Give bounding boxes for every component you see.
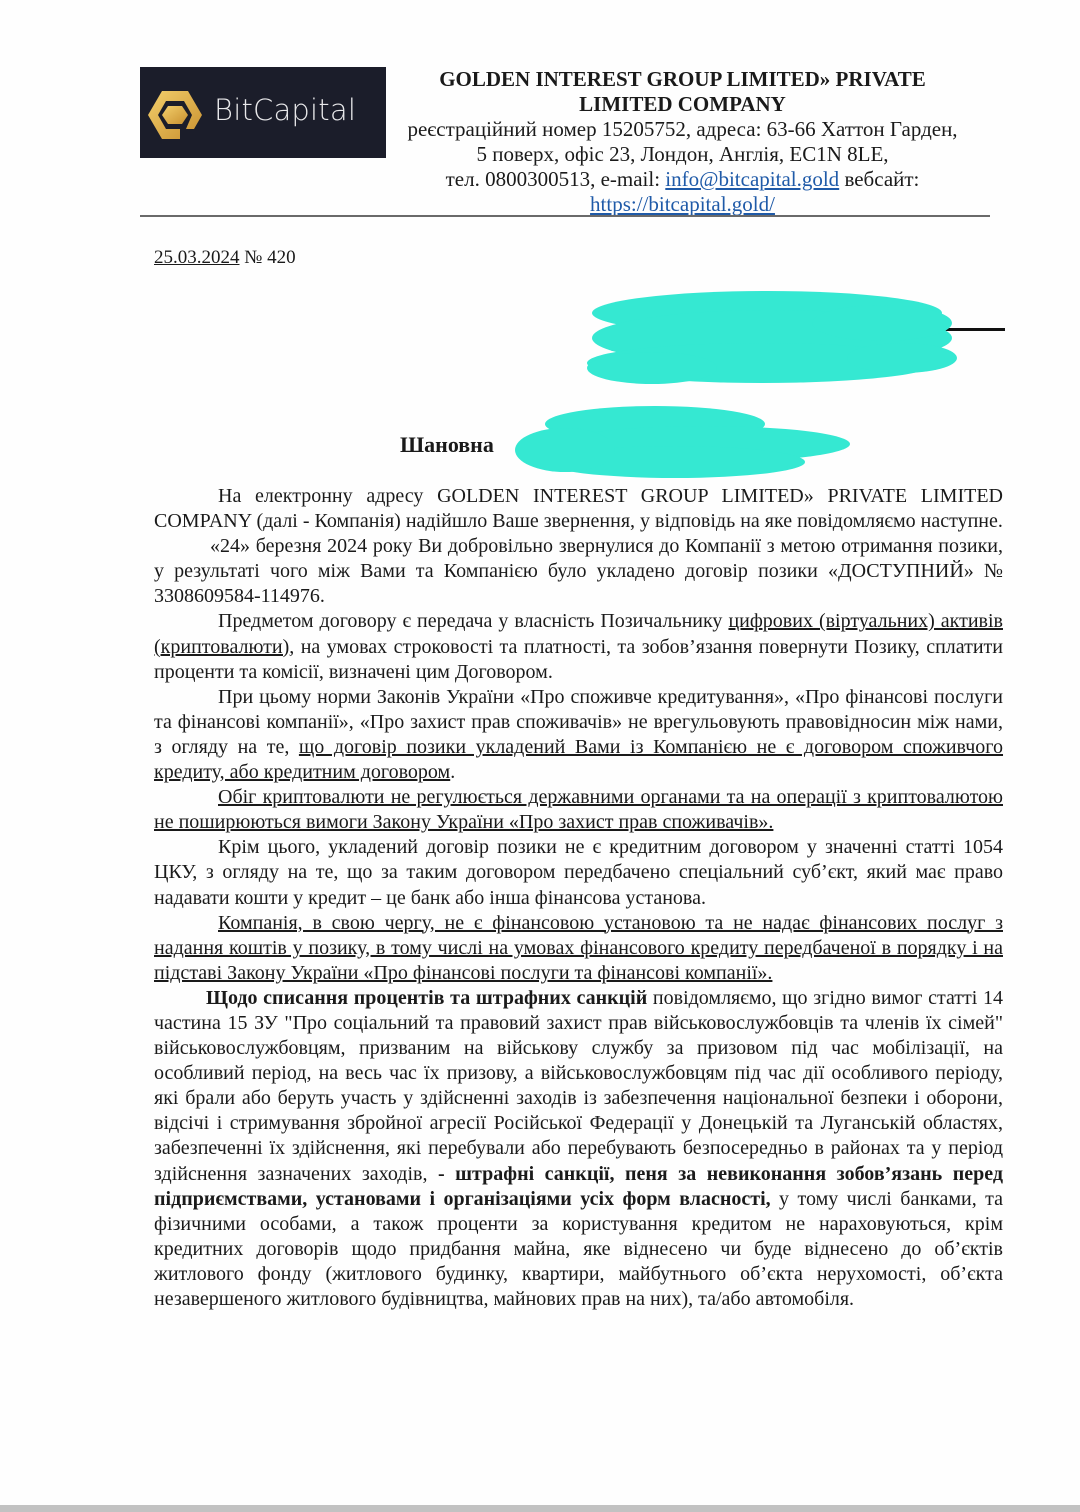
redaction-scribble-name <box>505 402 850 480</box>
company-letterhead: GOLDEN INTEREST GROUP LIMITED» PRIVATE L… <box>395 67 970 217</box>
greeting: Шановна <box>400 432 494 458</box>
logo-text: BitCapital <box>214 93 356 127</box>
paragraph-6: Крім цього, укладений договір позики не … <box>154 835 1003 910</box>
company-logo: BitCapital <box>140 67 386 158</box>
letter-date-number: 25.03.2024 № 420 <box>154 247 296 269</box>
letter-date: 25.03.2024 <box>154 247 240 268</box>
registration-line: реєстраційний номер 15205752, адреса: 63… <box>395 117 970 142</box>
paragraph-5: Обіг криптовалюти не регулюється державн… <box>154 785 1003 835</box>
website-label: вебсайт: <box>839 167 919 191</box>
paragraph-4: При цьому норми Законів України «Про спо… <box>154 685 1003 785</box>
paragraph-7: Компанія, в свою чергу, не є фінансовою … <box>154 911 1003 986</box>
paragraph-8: Щодо списання процентів та штрафних санк… <box>154 986 1003 1312</box>
redaction-scribble-recipient <box>582 283 957 388</box>
letterhead-divider <box>140 215 990 217</box>
email-link[interactable]: info@bitcapital.gold <box>665 167 839 191</box>
hexagon-logo-icon <box>144 87 206 143</box>
contact-line: тел. 0800300513, e-mail: info@bitcapital… <box>395 167 970 192</box>
letter-number: № 420 <box>240 247 296 268</box>
contact-prefix: тел. 0800300513, e-mail: <box>446 167 666 191</box>
paragraph-3: Предметом договору є передача у власніст… <box>154 609 1003 684</box>
website-link[interactable]: https://bitcapital.gold/ <box>590 192 775 216</box>
address-line: 5 поверх, офіс 23, Лондон, Англія, EC1N … <box>395 142 970 167</box>
paragraph-2: «24» березня 2024 року Ви добровільно зв… <box>154 534 1003 609</box>
bottom-edge-bar <box>0 1505 1080 1512</box>
company-name-line2: LIMITED COMPANY <box>395 92 970 117</box>
company-name-line1: GOLDEN INTEREST GROUP LIMITED» PRIVATE <box>395 67 970 92</box>
paragraph-1: На електронну адресу GOLDEN INTEREST GRO… <box>154 484 1003 534</box>
letter-body: На електронну адресу GOLDEN INTEREST GRO… <box>154 484 1003 1312</box>
